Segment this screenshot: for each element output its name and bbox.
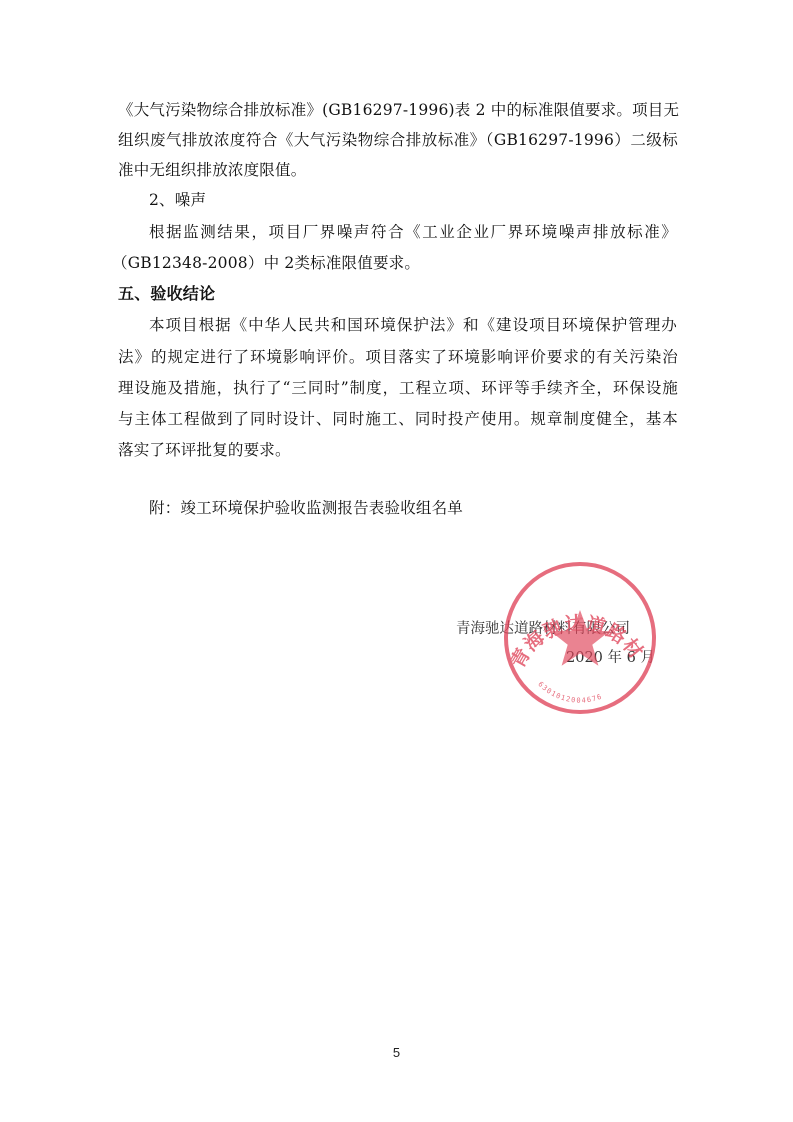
page-number: 5 bbox=[0, 1045, 793, 1060]
paragraph-line: 《大气污染物综合排放标准》(GB16297-1996)表 2 中的标准限值要求。… bbox=[118, 100, 678, 120]
attachment-note: 附：竣工环境保护验收监测报告表验收组名单 bbox=[149, 498, 709, 518]
section-heading-conclusion: 五、验收结论 bbox=[118, 284, 678, 304]
official-seal-icon: 青海驰达道路材料有限公司 6301012004676 bbox=[500, 558, 660, 718]
paragraph-line: 落实了环评批复的要求。 bbox=[118, 440, 678, 460]
paragraph-line: 理设施及措施，执行了“三同时”制度，工程立项、环评等手续齐全，环保设施 bbox=[118, 378, 678, 398]
signature-company: 青海驰达道路材料有限公司 bbox=[456, 617, 630, 638]
paragraph-line: 本项目根据《中华人民共和国环境保护法》和《建设项目环境保护管理办 bbox=[149, 315, 677, 335]
paragraph-line: 根据监测结果，项目厂界噪声符合《工业企业厂界环境噪声排放标准》 bbox=[149, 222, 677, 242]
document-page: 《大气污染物综合排放标准》(GB16297-1996)表 2 中的标准限值要求。… bbox=[0, 0, 793, 1122]
paragraph-line: 组织废气排放浓度符合《大气污染物综合排放标准》（GB16297-1996）二级标 bbox=[118, 130, 678, 150]
paragraph-line: 准中无组织排放浓度限值。 bbox=[118, 160, 678, 180]
paragraph-line: 法》的规定进行了环境影响评价。项目落实了环境影响评价要求的有关污染治 bbox=[118, 347, 678, 367]
signature-date: 2020 年 6 月 bbox=[566, 646, 655, 667]
paragraph-line: （GB12348-2008）中 2类标准限值要求。 bbox=[112, 253, 672, 273]
paragraph-line: 与主体工程做到了同时设计、同时施工、同时投产使用。规章制度健全，基本 bbox=[118, 409, 678, 429]
svg-text:6301012004676: 6301012004676 bbox=[536, 680, 603, 704]
subsection-heading-noise: 2、噪声 bbox=[149, 190, 709, 210]
